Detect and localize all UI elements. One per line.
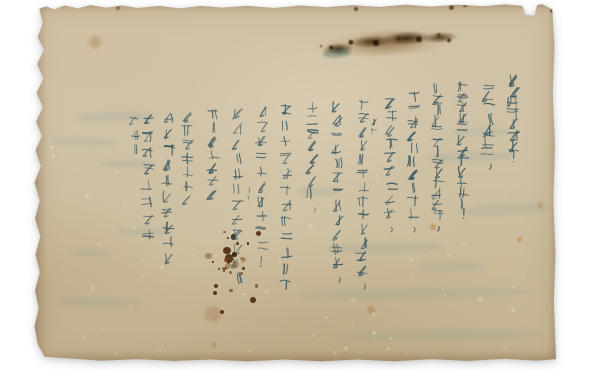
text-column <box>181 110 194 208</box>
stain-spot <box>537 0 543 5</box>
show-through-smudge <box>70 250 110 257</box>
text-column <box>370 118 378 136</box>
paper-fiber-fleck <box>136 194 139 197</box>
paper-fiber-fleck <box>123 202 126 205</box>
ink-speckle <box>242 267 245 270</box>
stain-spot <box>537 202 543 208</box>
paper-fiber-fleck <box>409 258 413 262</box>
stain-spot <box>116 6 120 10</box>
show-through-smudge <box>58 297 142 307</box>
paper-fiber-fleck <box>435 232 437 234</box>
paper-fiber-fleck <box>161 265 165 269</box>
text-column <box>407 90 420 233</box>
paper-fiber-fleck <box>141 259 144 262</box>
burn-streak-flecks <box>320 45 322 47</box>
paper-fiber-fleck <box>171 217 174 220</box>
text-column <box>506 73 520 161</box>
ink-speckle <box>250 297 256 303</box>
ink-speckle <box>220 310 224 314</box>
paper-fiber-fleck <box>91 286 95 290</box>
stain-spot <box>367 306 375 314</box>
ink-speckle <box>213 291 217 295</box>
text-column <box>280 103 293 295</box>
stain-spot <box>211 342 217 348</box>
ink-speckle <box>232 252 236 256</box>
paper-fiber-fleck <box>259 144 261 146</box>
paper-fiber-fleck <box>115 169 119 173</box>
paper-fiber-fleck <box>457 141 460 144</box>
paper-fiber-fleck <box>50 145 54 149</box>
paper-fiber-fleck <box>159 349 161 351</box>
paper-fiber-fleck <box>511 308 515 312</box>
text-column <box>481 78 495 168</box>
stain-spot <box>354 7 358 11</box>
stain-spot <box>517 237 522 242</box>
ink-speckle <box>227 237 229 239</box>
paper-fiber-fleck <box>130 305 132 307</box>
show-through-smudge <box>298 286 530 301</box>
paper-fiber-fleck <box>98 243 101 246</box>
ink-speckle <box>240 257 243 260</box>
stain-spot <box>463 3 467 7</box>
paper-fiber-fleck <box>538 158 540 160</box>
show-through-smudge <box>296 188 340 196</box>
text-column <box>161 112 174 267</box>
show-through-smudge <box>326 242 444 254</box>
text-column <box>331 100 344 284</box>
show-through-smudge <box>428 151 514 164</box>
stain-spot <box>550 9 554 13</box>
ink-speckle <box>228 257 231 260</box>
ink-speckle <box>214 284 218 288</box>
paper-fiber-fleck <box>312 334 314 336</box>
show-through-smudge <box>458 202 550 216</box>
paper-fiber-fleck <box>447 253 451 257</box>
ink-speckle <box>241 257 246 262</box>
ink-speckle <box>232 261 239 268</box>
text-column <box>456 80 469 218</box>
paper-fiber-fleck <box>215 255 217 257</box>
text-column <box>305 102 318 212</box>
paper-fiber-fleck <box>344 346 348 350</box>
ink-speckle <box>242 262 244 264</box>
ink-speckle <box>223 270 225 272</box>
paper-fiber-fleck <box>323 296 325 298</box>
paper-fiber-fleck <box>248 349 251 352</box>
paper-fiber-fleck <box>193 254 195 256</box>
paper-fiber-fleck <box>141 275 143 277</box>
paper-fiber-fleck <box>376 175 379 178</box>
stain-spot <box>205 306 221 322</box>
paper-fiber-fleck <box>129 301 131 303</box>
stain-spot <box>449 5 454 10</box>
paper-fiber-fleck <box>504 198 507 201</box>
paper-fiber-fleck <box>99 328 103 332</box>
show-through-smudge <box>52 137 116 146</box>
stain-spot <box>430 224 436 230</box>
paper-fiber-fleck <box>51 153 55 157</box>
paper-fiber-fleck <box>478 297 481 300</box>
paper-fiber-fleck <box>444 294 446 296</box>
paper-fiber-fleck <box>511 285 515 289</box>
paper-fiber-fleck <box>230 217 234 221</box>
paper-fiber-fleck <box>461 149 463 151</box>
paper-fiber-fleck <box>205 196 207 198</box>
paper-fiber-fleck <box>387 347 390 350</box>
paper-fiber-fleck <box>328 203 331 206</box>
show-through-smudge <box>452 127 512 136</box>
paper-fiber-fleck <box>115 353 118 356</box>
paper-fiber-fleck <box>442 288 444 290</box>
paper-fiber-fleck <box>406 353 408 355</box>
paper-fiber-fleck <box>399 287 401 289</box>
text-column <box>129 115 141 157</box>
paper-fiber-fleck <box>351 298 355 302</box>
paper-fiber-fleck <box>131 141 133 143</box>
paper-fiber-fleck <box>85 194 89 198</box>
paper-fiber-fleck <box>503 347 507 351</box>
handwriting-layer <box>33 3 557 362</box>
show-through-smudge <box>336 329 544 341</box>
text-column <box>141 113 154 245</box>
paper-fiber-fleck <box>133 227 136 230</box>
paper-fiber-fleck <box>410 273 413 276</box>
paper-shadow-wrap <box>0 0 590 370</box>
paper-fiber-fleck <box>126 225 128 227</box>
paper-fiber-fleck <box>372 312 375 315</box>
stain-spot <box>555 295 565 305</box>
stain-spots-layer <box>33 3 557 362</box>
ink-speckle <box>225 267 227 269</box>
ink-speckle <box>230 264 233 267</box>
paper-fiber-fleck <box>352 323 355 326</box>
paper-fiber-fleck <box>278 260 281 263</box>
paper-fiber-fleck <box>362 143 365 146</box>
text-column <box>356 98 369 291</box>
ink-speckle <box>229 271 232 274</box>
paper-fiber-fleck <box>333 351 337 355</box>
ink-speckle <box>256 231 261 236</box>
ink-speckle <box>240 272 243 275</box>
text-column <box>431 82 444 229</box>
paper-fiber-fleck <box>524 173 526 175</box>
paper-fiber-fleck <box>265 289 269 293</box>
ink-speckle <box>224 258 228 262</box>
text-column <box>246 186 253 202</box>
show-through-smudge <box>76 111 154 123</box>
ink-speckle <box>255 284 258 287</box>
ink-speckle <box>236 242 239 245</box>
ink-speckle <box>205 253 211 259</box>
paper-fiber-fleck <box>375 337 377 339</box>
ink-speckle <box>212 261 214 263</box>
ink-speckle <box>223 231 226 234</box>
paper-fiber-fleck <box>82 335 85 338</box>
ink-speckle <box>225 263 231 269</box>
ink-speckle <box>231 234 236 239</box>
ink-speckle <box>247 242 249 244</box>
burn-streak-teal-fleck <box>322 48 350 58</box>
ink-speckle <box>227 260 231 264</box>
paper-fiber-fleck <box>372 331 376 335</box>
paper-fiber-fleck <box>242 293 246 297</box>
ink-speckle <box>222 267 226 271</box>
ink-speckle <box>225 254 233 262</box>
paper-fiber-fleck <box>463 243 465 245</box>
paper-fiber-fleck <box>325 316 328 319</box>
ink-speckle <box>223 247 231 255</box>
paper-fiber-fleck <box>416 258 418 260</box>
show-through-smudge <box>100 160 156 169</box>
text-column <box>384 96 397 234</box>
paper-fiber-fleck <box>307 227 310 230</box>
paper-fiber-fleck <box>170 328 172 330</box>
paper-fiber-layer <box>33 3 557 362</box>
ink-spot-cluster <box>33 3 557 362</box>
text-column <box>230 107 243 287</box>
stain-spot <box>89 36 101 48</box>
paper-fiber-fleck <box>231 231 234 234</box>
paper-fiber-fleck <box>309 224 313 228</box>
text-column <box>206 108 219 202</box>
photograph-background <box>0 0 590 370</box>
burn-streak-stain <box>315 25 462 60</box>
show-through-layer <box>33 3 557 362</box>
paper-fiber-fleck <box>389 337 392 340</box>
ink-speckle <box>229 289 233 293</box>
paper-fiber-fleck <box>464 148 466 150</box>
text-column <box>255 105 268 270</box>
manuscript-paper <box>33 3 557 362</box>
paper-fiber-fleck <box>429 251 431 253</box>
show-through-smudge <box>118 228 170 237</box>
ink-speckle <box>218 268 220 270</box>
ink-speckle <box>226 260 228 262</box>
show-through-smudge <box>416 261 486 271</box>
worn-edge-shading <box>33 3 557 362</box>
